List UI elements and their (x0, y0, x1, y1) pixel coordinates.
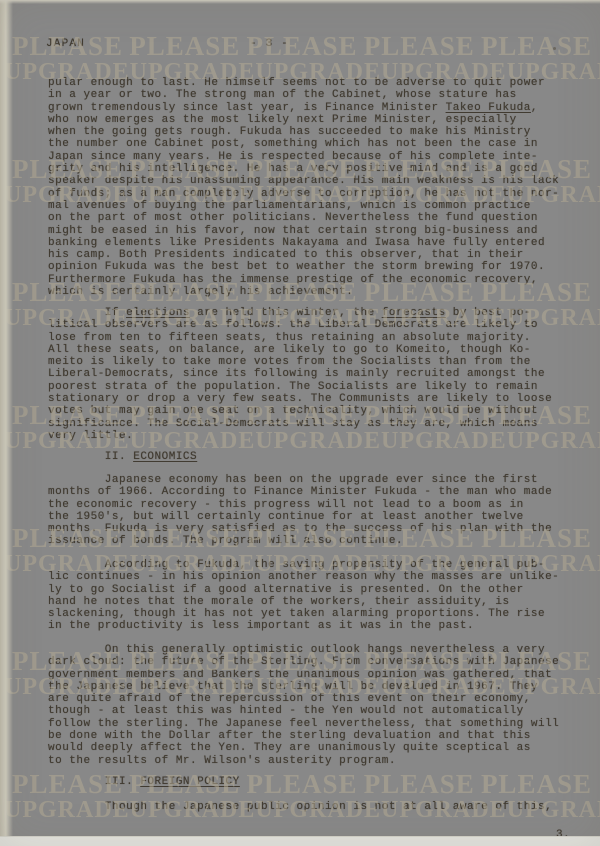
typed-line: All these seats, on balance, are likely … (48, 344, 578, 356)
typed-line: issuance of bonds. The program will also… (48, 535, 578, 547)
typed-line: grity and his intelligence. He has a ver… (48, 163, 578, 175)
typed-line: grown tremendously since last year, is F… (48, 102, 578, 114)
typed-line: the 1950's, but will certainly continue … (48, 511, 578, 523)
paragraph-election-forecast: If elections are held this winter, the f… (48, 307, 578, 442)
typed-line: who now emerges as the most likely next … (48, 114, 578, 126)
typed-line: lose from ten to fifteen seats, thus ret… (48, 332, 578, 344)
typed-line: to the results of Mr. Wilson's austerity… (48, 755, 578, 767)
typed-line: opinion Fukuda was the best bet to weath… (48, 261, 578, 273)
typed-line: banking elements like Presidents Nakayam… (48, 237, 578, 249)
typed-line: If elections are held this winter, the f… (48, 307, 578, 319)
typed-line: Japanese economy has been on the upgrade… (48, 474, 578, 486)
typed-line: stationary or drop a very few seats. The… (48, 393, 578, 405)
typed-line: pular enough to last. He himself seems n… (48, 77, 578, 89)
typed-line: dark cloud: the future of the Sterling. … (48, 656, 578, 668)
typed-line: follow the sterling. The Japanese feel n… (48, 718, 578, 730)
typed-line: months of 1966. According to Finance Min… (48, 486, 578, 498)
typed-line: very little. (48, 430, 578, 442)
typed-line: of funds; as a man completely adverse to… (48, 188, 578, 200)
paragraph-fukuda-profile: pular enough to last. He himself seems n… (48, 77, 578, 298)
paragraph-saving-propensity: According to Fukuda, the saving propensi… (48, 559, 578, 633)
typed-line: which is certainly largely his achieveme… (48, 286, 578, 298)
typed-line: mal avenues of buying the parliamentaria… (48, 200, 578, 212)
paragraph-economy-upgrade: Japanese economy has been on the upgrade… (48, 474, 578, 548)
typed-line: meito is likely to take more votes from … (48, 356, 578, 368)
typed-line: votes but may gain one seat on a technic… (48, 405, 578, 417)
typed-line: his camp. Both Presidents indicated to t… (48, 249, 578, 261)
typed-line: the economic recovery - this progress wi… (48, 499, 578, 511)
scan-edge-bottom (0, 836, 600, 846)
typed-line: on the part of most other politicians. N… (48, 212, 578, 224)
paragraph-foreign-policy-intro: Though the Japanese public opinion is no… (48, 801, 578, 813)
typed-line: though - at least this was hinted - the … (48, 705, 578, 717)
paragraph-sterling-cloud: On this generally optimistic outlook han… (48, 644, 578, 767)
typed-line: Furthermore Fukuda has the immense prest… (48, 274, 578, 286)
scanned-document-page: PLEASEPLEASEPLEASEPLEASEPLEASEUPGRADEUPG… (0, 0, 600, 846)
typed-line: II. ECONOMICS (48, 451, 578, 463)
typed-line: slackening, though it has not yet taken … (48, 608, 578, 620)
typed-line: significance. The Social-Democrats will … (48, 418, 578, 430)
typed-line: the number one Cabinet post, something w… (48, 138, 578, 150)
scan-speck (553, 47, 556, 50)
typed-line: Liberal-Democrats, since its following i… (48, 368, 578, 380)
typed-line: are quite afraid of the repercussion of … (48, 693, 578, 705)
typed-line: the Japanese believe that the sterling w… (48, 681, 578, 693)
typed-line: in a year or two. The strong man of the … (48, 89, 578, 101)
typed-line: litical observers are as follows: the Li… (48, 319, 578, 331)
scan-edge-top (0, 0, 600, 4)
typed-line: ly to go Socialist if a good alternative… (48, 584, 578, 596)
typed-line: when the going gets rough. Fukuda has su… (48, 126, 578, 138)
typed-line: On this generally optimistic outlook han… (48, 644, 578, 656)
typed-line: poorest strata of the population. The So… (48, 381, 578, 393)
typed-line: lic continues - in his opinion another r… (48, 571, 578, 583)
typed-line: Though the Japanese public opinion is no… (48, 801, 578, 813)
typed-line: months. Fukuda is very satisfied as to t… (48, 523, 578, 535)
section-heading-economics: II. ECONOMICS (48, 451, 578, 463)
typed-line: hand he notes that the morale of the wor… (48, 596, 578, 608)
typed-line: be done with the Dollar after the sterli… (48, 730, 578, 742)
typed-line: in the productivity is less important as… (48, 620, 578, 632)
typed-line: speaker despite his unassuming appearanc… (48, 175, 578, 187)
typed-line: would deeply affect the Yen. They are un… (48, 742, 578, 754)
typed-line: government members and Bankers the unani… (48, 669, 578, 681)
typed-line: According to Fukuda, the saving propensi… (48, 559, 578, 571)
typed-line: III. FOREIGN POLICY (48, 776, 578, 788)
header-page-number: - 3 - (250, 38, 600, 50)
typed-line: might be eased in his favor, now that ce… (48, 225, 578, 237)
scan-edge-left (0, 0, 13, 837)
typed-line: Japan since many years. He is respected … (48, 151, 578, 163)
section-heading-foreign-policy: III. FOREIGN POLICY (48, 776, 578, 788)
